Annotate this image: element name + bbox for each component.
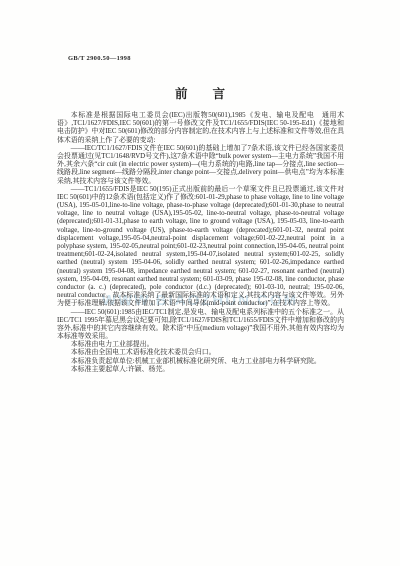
paragraph-centralized: 本标准由全国电工术语标准化技术委员会归口。 — [57, 349, 344, 357]
foreword-body: 本标准是根据国际电工委员会(IEC)出版物50(601),1985《发电、输电及… — [57, 112, 344, 374]
paragraph-intro: 本标准是根据国际电工委员会(IEC)出版物50(601),1985《发电、输电及… — [57, 112, 344, 145]
page-title: 前 言 — [0, 84, 400, 102]
standard-number: GB/T 2900.50—1998 — [68, 55, 131, 62]
paragraph-bullet-1627: ——IEC/TC1/1627/FDIS文件在IEC 50(601)的基础上增加了… — [57, 145, 344, 186]
paragraph-drafters: 本标准主要起草人:许颖、杨芫。 — [57, 366, 344, 374]
paragraph-drafting-org: 本标准负责起草单位:机械工业部机械标准化研究所、电力工业部电力科学研究院。 — [57, 358, 344, 366]
paragraph-bullet-50601: ——IEC 50(601):1985由IEC/TC1制定,是发电、输电及配电系列… — [57, 309, 344, 342]
scanned-standard-page: WWW.BIAOZHUN.COM GB/T 2900.50—1998 前 言 本… — [0, 0, 400, 566]
paragraph-bullet-1655: ——TC1/1655/FDIS是IEC 50(195)正式出版前的最后一个草案文… — [57, 186, 344, 309]
